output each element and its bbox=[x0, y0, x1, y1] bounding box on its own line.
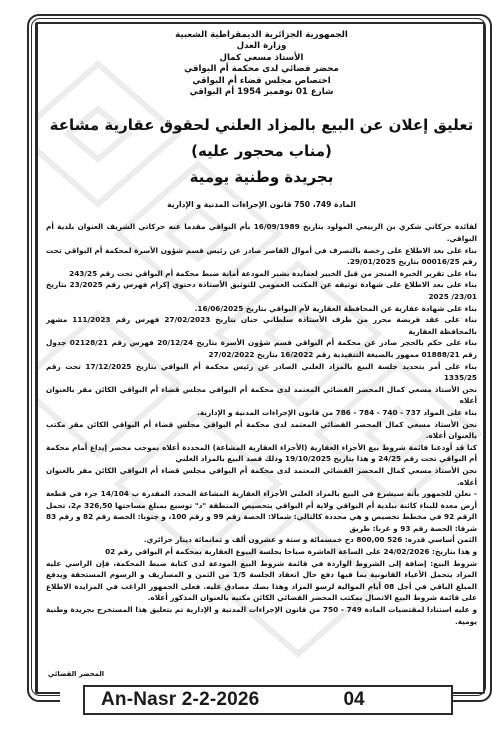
letterhead-ministry: وزارة العدل bbox=[46, 41, 477, 52]
paragraph-legal-articles: بناء على المواد 737 - 740 - 784 - 786 من… bbox=[46, 407, 477, 419]
paragraph-inheritance-deed: بناء على عقد فريضة محرر من طرف الأستاذة … bbox=[46, 314, 477, 337]
letterhead-bailiff-name: الأستاذ مسعي كمال bbox=[46, 53, 477, 64]
notice-panel: الجمهورية الجزائرية الديمقراطية الشعبية … bbox=[35, 22, 485, 694]
letterhead-republic: الجمهورية الجزائرية الديمقراطية الشعبية bbox=[46, 30, 477, 41]
notice-content: الجمهورية الجزائرية الديمقراطية الشعبية … bbox=[38, 30, 483, 627]
paragraph-interdiction-ruling: بناء على حكم بالحجر صادر عن محكمة أم الب… bbox=[46, 337, 477, 360]
publication-name-date: An-Nasr 2-2-2026 bbox=[101, 689, 259, 711]
letterhead-bailiff-court: محضر قضائي لدى محكمة أم البواقي bbox=[46, 64, 477, 75]
paragraph-bailiff-statement-3: نحن الأستاذ مسعي كمال المحضر القضائي الم… bbox=[46, 465, 477, 488]
paragraph-bailiff-statement-2: نحن الأستاذ مسعي كمال المحضر القضائي الم… bbox=[46, 419, 477, 442]
frame-gap-left bbox=[60, 690, 84, 702]
paragraph-sale-order: بناء على أمر بتحديد جلسة البيع بالمزاد ا… bbox=[46, 361, 477, 384]
notice-title-line-1: تعليق إعلان عن البيع بالمزاد العلني لحقو… bbox=[46, 112, 477, 164]
paragraph-sale-date: و هذا بتاريخ: 24/02/2026 على الساعة العا… bbox=[46, 546, 477, 558]
paragraph-base-price: الثمن أساسي قدره: 526 800,00 دج خمسمائة … bbox=[46, 534, 477, 546]
paragraph-expert-report: بناء على تقرير الخبرة المنجز من قبل الخب… bbox=[46, 268, 477, 280]
publication-footer: An-Nasr 2-2-2026 04 bbox=[83, 685, 453, 715]
paragraph-bailiff-statement-1: نحن الأستاذ مسعي كمال المحضر القضائي الم… bbox=[46, 384, 477, 407]
paragraph-sale-conditions: شروط البيع: إضافة إلى الشروط الواردة في … bbox=[46, 558, 477, 604]
legal-article-reference: المادة 749، 750 قانون الإجراءات المدنية … bbox=[46, 200, 477, 209]
letterhead-address: شارع 01 نوفمبر 1954 أم البواقي bbox=[46, 87, 477, 98]
letterhead: الجمهورية الجزائرية الديمقراطية الشعبية … bbox=[46, 30, 477, 98]
paragraph-beneficiary: لفائدة حركاتي شكري بن الربيعي المولود بت… bbox=[46, 221, 477, 244]
bailiff-signature: المحضر القضائي bbox=[48, 670, 104, 678]
notice-title: تعليق إعلان عن البيع بالمزاد العلني لحقو… bbox=[46, 112, 477, 190]
letterhead-jurisdiction: اختصاص مجلس قضاء أم البواقي bbox=[46, 76, 477, 87]
paragraph-publication-basis: و عليه استنادا لمقتضيات المادة 749 - 750… bbox=[46, 604, 477, 627]
paragraph-property-description: - نعلن للجمهور بأنه سيشرع في البيع بالمز… bbox=[46, 488, 477, 534]
paragraph-land-certificate: بناء على شهادة عقارية عن المحافظة العقار… bbox=[46, 303, 477, 315]
notice-title-line-2: بجريدة وطنية يومية bbox=[46, 164, 477, 190]
paragraph-notary-certificate: بناء على بعد الاطلاع على شهادة توثيقه عن… bbox=[46, 279, 477, 302]
paragraph-conditions-deposit: كنا قد أودعنا قائمة شروط بيع الأجزاء الع… bbox=[46, 442, 477, 465]
paragraph-authorization: بناء على بعد الاطلاع على رخصة بالتصرف في… bbox=[46, 245, 477, 268]
page-number: 04 bbox=[343, 689, 364, 711]
notice-body: لفائدة حركاتي شكري بن الربيعي المولود بت… bbox=[46, 221, 477, 627]
